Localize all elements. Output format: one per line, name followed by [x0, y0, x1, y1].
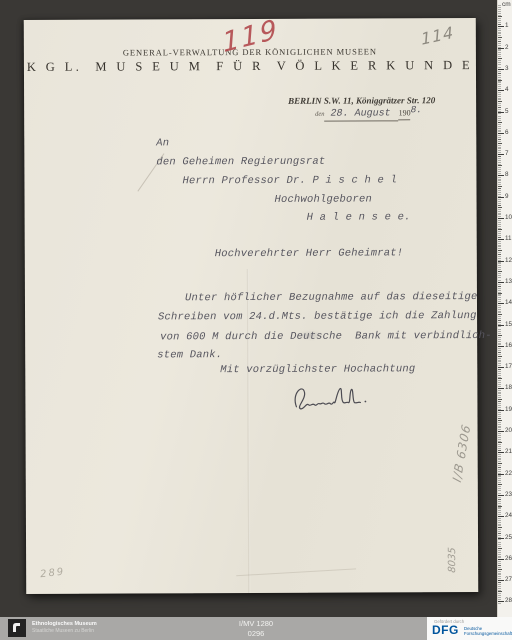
ruler-cm-tick [498, 580, 504, 581]
ruler-number: 15 [505, 322, 512, 328]
ruler-cm-tick [498, 261, 504, 262]
ruler-cm-tick [498, 325, 504, 326]
ruler-number: 18 [505, 385, 512, 391]
ruler-half-tick [498, 143, 502, 144]
ruler-number: 16 [505, 343, 512, 349]
ruler-number: 27 [505, 577, 512, 583]
ruler-half-tick [498, 271, 502, 272]
closing: Mit vorzüglichster Hochachtung [220, 363, 415, 376]
date-typed: 28. August [325, 108, 399, 121]
body-line: stem Dank. [157, 349, 222, 361]
letterhead-line2: K G L. M U S E U M F Ü R V Ö L K E R K U… [24, 58, 476, 75]
ruler-cm-tick [498, 282, 504, 283]
ruler-number: 20 [505, 428, 512, 434]
ruler-half-tick [498, 420, 502, 421]
ruler-cm-tick [498, 69, 504, 70]
ruler-cm-tick [498, 197, 504, 198]
ruler-cm-tick [498, 516, 504, 517]
ruler-half-tick [498, 335, 502, 336]
ruler-number: 8 [505, 172, 509, 178]
salutation: Hochverehrter Herr Geheimrat! [215, 247, 404, 260]
bottom-left-number: 289 [40, 567, 66, 581]
ruler-number: 26 [505, 556, 512, 562]
date-year-printed: 190 [399, 108, 411, 120]
ruler-half-tick [498, 314, 502, 315]
recipient-line: den Geheimen Regierungsrat [156, 156, 325, 169]
ruler-number: 23 [505, 492, 512, 498]
ruler-half-tick [498, 484, 502, 485]
ruler-number: 10 [505, 215, 512, 221]
body-line: Schreiben vom 24.d.Mts. bestätige ich di… [158, 310, 477, 323]
ruler-half-tick [498, 207, 502, 208]
ruler-half-tick [498, 58, 502, 59]
recipient-line: H a l e n s e e. [307, 211, 411, 223]
date-year-typed: 8. [411, 104, 422, 115]
body-line: Unter höflicher Bezugnahme auf das diese… [185, 291, 478, 304]
ruler-half-tick [498, 80, 502, 81]
ruler-half-tick [498, 37, 502, 38]
ruler-number: 3 [505, 66, 509, 72]
ruler-number: 19 [505, 407, 512, 413]
ruler-number: 2 [505, 45, 509, 51]
ruler-cm-tick [498, 175, 504, 176]
ruler-number: 24 [505, 513, 512, 519]
ruler-half-tick [498, 378, 502, 379]
date-prefix: den [315, 111, 324, 118]
ruler-cm-tick [498, 90, 504, 91]
ink-smudge [297, 331, 323, 340]
fold-crease-horizontal [236, 568, 356, 576]
ruler-cm-tick [498, 601, 504, 602]
ruler-half-tick [498, 250, 502, 251]
ruler-cm-tick [498, 218, 504, 219]
recipient-line: Herrn Professor Dr. P i s c h e l [182, 174, 397, 187]
ruler-cm-tick [498, 388, 504, 389]
ruler-number: 4 [505, 87, 509, 93]
ruler-cm-tick [498, 495, 504, 496]
ruler-half-tick [498, 506, 502, 507]
ruler-half-tick [498, 548, 502, 549]
ruler-number: 5 [505, 109, 509, 115]
ruler-half-tick [498, 165, 502, 166]
ruler-cm-tick [498, 559, 504, 560]
ruler-cm-tick [498, 133, 504, 134]
ruler-mm-ticks [498, 5, 501, 605]
ruler-cm-tick [498, 452, 504, 453]
ruler-cm-tick [498, 112, 504, 113]
recipient-line: An [156, 137, 169, 149]
ruler-half-tick [498, 463, 502, 464]
corner-number: 8035 [447, 540, 459, 581]
ruler-number: 11 [505, 236, 512, 242]
signature [287, 380, 377, 416]
date-line: den28. August1908. [315, 107, 422, 121]
viewer-stage: GENERAL-VERWALTUNG DER KÖNIGLICHEN MUSEE… [0, 0, 512, 640]
ruler-cm-tick [498, 154, 504, 155]
ruler-half-tick [498, 122, 502, 123]
margin-shelfmark: I/B 6306 [446, 402, 476, 505]
ruler-number: 6 [505, 130, 509, 136]
body-line: von 600 M durch die Deutsche Bank mit ve… [160, 330, 492, 343]
ruler-number: 13 [505, 279, 512, 285]
dfg-letters: DFG [432, 623, 459, 637]
ruler-number: 28 [505, 598, 512, 604]
ruler-cm-tick [498, 48, 504, 49]
ruler-half-tick [498, 399, 502, 400]
ruler-cm-tick [498, 346, 504, 347]
dfg-name: Deutsche Forschungsgemeinschaft [464, 626, 512, 636]
ruler-cm-tick [498, 367, 504, 368]
cm-ruler: cm 1234567891011121314151617181920212223… [497, 0, 512, 617]
ruler-half-tick [498, 293, 502, 294]
ruler-cm-tick [498, 474, 504, 475]
ruler-cm-tick [498, 239, 504, 240]
ruler-half-tick [498, 186, 502, 187]
ruler-half-tick [498, 356, 502, 357]
ruler-number: 25 [505, 535, 512, 541]
ruler-number: 12 [505, 258, 512, 264]
ruler-cm-tick [498, 26, 504, 27]
ruler-half-tick [498, 229, 502, 230]
ruler-number: 7 [505, 151, 509, 157]
ruler-half-tick [498, 101, 502, 102]
ruler-cm-tick [498, 538, 504, 539]
recipient-line: Hochwohlgeboren [275, 193, 373, 205]
letter-page: GENERAL-VERWALTUNG DER KÖNIGLICHEN MUSEE… [24, 18, 479, 594]
ruler-number: 9 [505, 194, 509, 200]
ruler-number: 1 [505, 23, 509, 29]
pencil-folio-number: 114 [420, 23, 455, 49]
ruler-half-tick [498, 591, 502, 592]
ruler-half-tick [498, 442, 502, 443]
ruler-number: 14 [505, 300, 512, 306]
ruler-number: 22 [505, 471, 512, 477]
ruler-cm-tick [498, 303, 504, 304]
ruler-unit-label: cm [502, 1, 511, 8]
ruler-half-tick [498, 527, 502, 528]
ruler-cm-tick [498, 431, 504, 432]
ruler-cm-tick [498, 410, 504, 411]
ruler-number: 17 [505, 364, 512, 370]
dfg-logo: Gefördert durch DFG Deutsche Forschungsg… [427, 617, 512, 640]
ruler-half-tick [498, 16, 502, 17]
footer-bar: Ethnologisches Museum Staatliche Museen … [0, 617, 512, 640]
ruler-half-tick [498, 569, 502, 570]
ruler-number: 21 [505, 449, 512, 455]
